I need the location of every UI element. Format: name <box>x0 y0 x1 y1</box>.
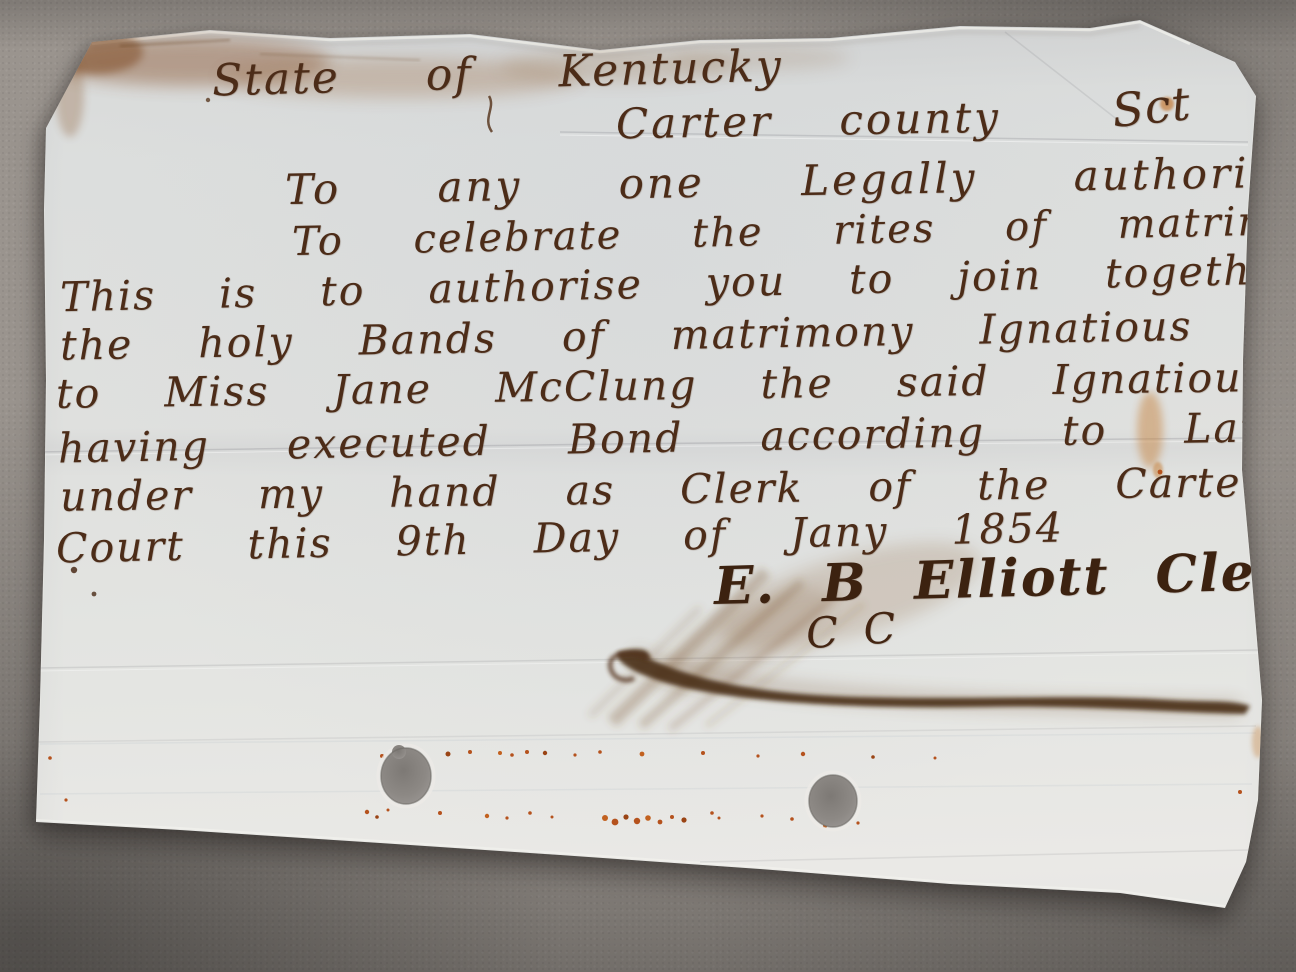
punch-hole-left <box>378 745 434 807</box>
line-sct: Sct <box>1109 76 1193 138</box>
pen-flourish <box>488 96 492 132</box>
clerk-initials: C C <box>804 603 903 659</box>
document-paper: State of Kentucky Carter county Sct To a… <box>0 0 1296 972</box>
paper-sheet: State of Kentucky Carter county Sct To a… <box>0 0 1296 972</box>
line-carter-county: Carter county <box>616 93 1002 149</box>
punch-hole-right <box>806 772 860 830</box>
photo-background: State of Kentucky Carter county Sct To a… <box>0 0 1296 972</box>
